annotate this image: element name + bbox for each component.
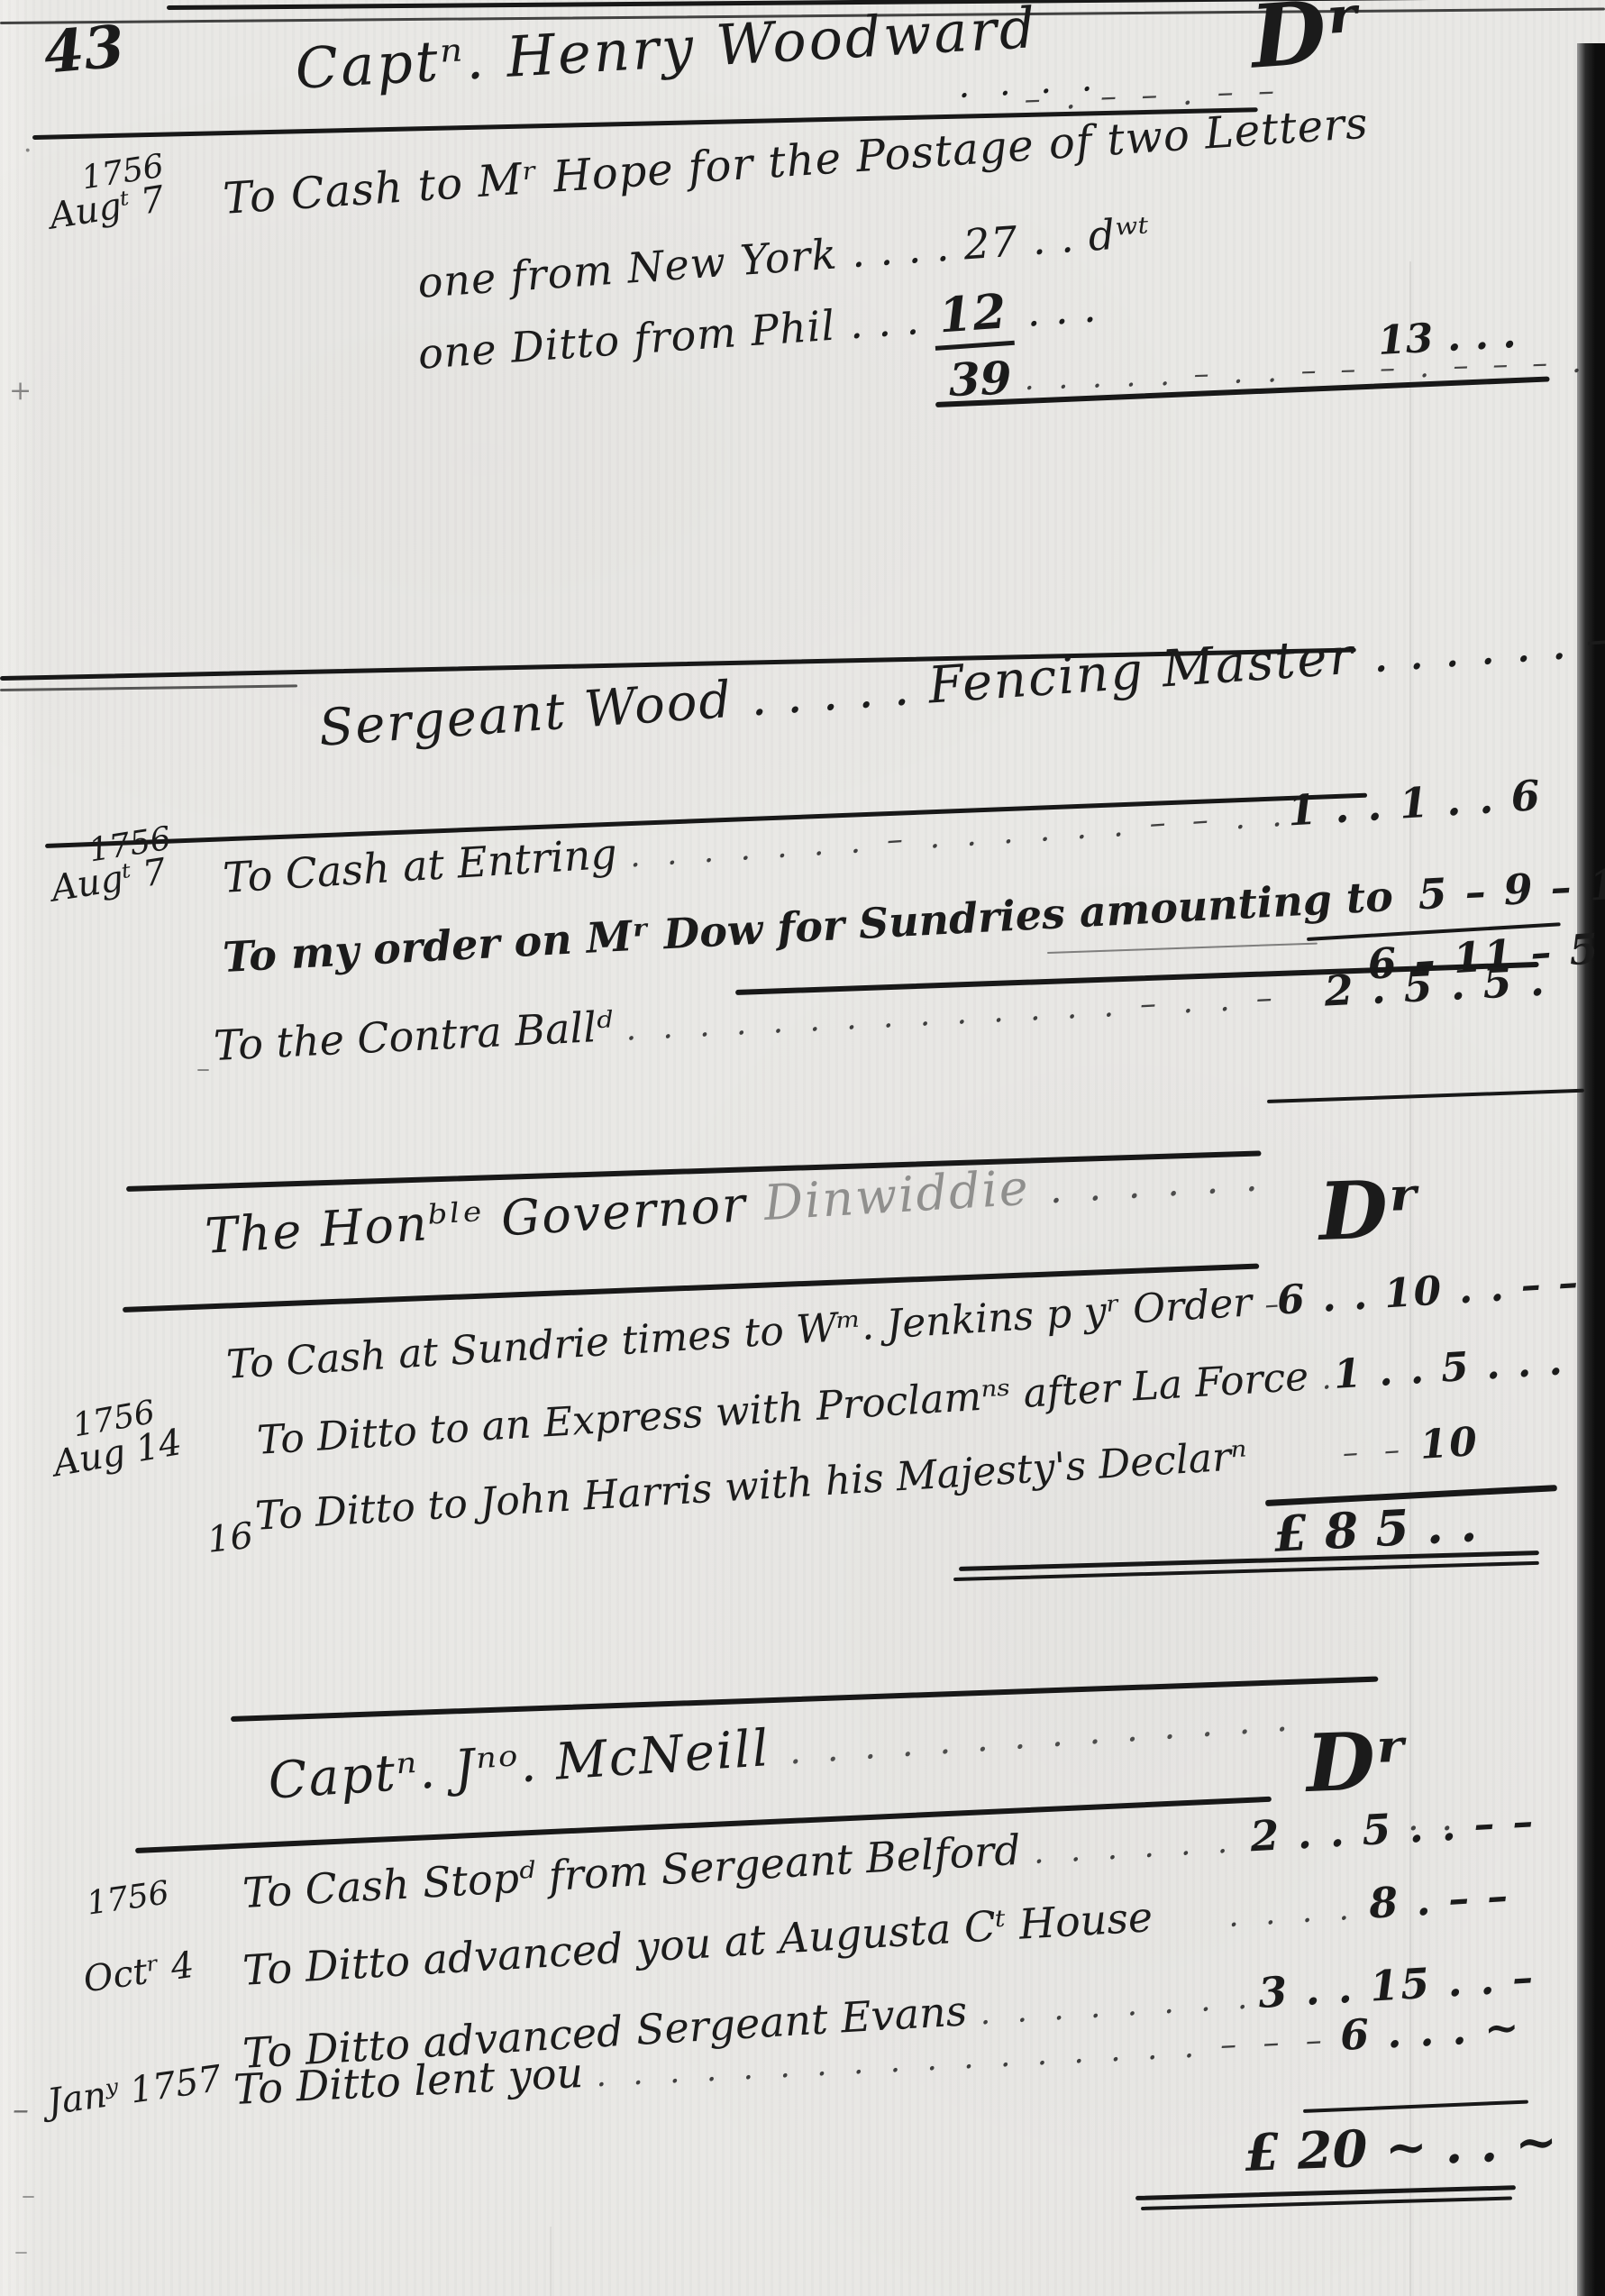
dinwiddie-title-main: The Honᵇˡᵉ Governor bbox=[204, 1175, 766, 1265]
mcneill-title-main: Captⁿ. Jⁿᵒ. McNeill bbox=[267, 1719, 772, 1811]
wood-row-contra-amount: 2 . 5 . 5 . bbox=[1323, 959, 1546, 1013]
stray-mark-dash-2: – bbox=[22, 2180, 35, 2211]
mcneill-title: Captⁿ. Jⁿᵒ. McNeill . . . . . . . . . . … bbox=[267, 1688, 1296, 1808]
wood-title: Sergeant Wood . . . . . Fencing Master .… bbox=[317, 613, 1605, 756]
woodward-line3-label: one Ditto from Phil . . . bbox=[416, 294, 935, 379]
dinwiddie-date-day: Aug 14 bbox=[50, 1423, 185, 1483]
mcneill-dr-flourish: Dʳ bbox=[1305, 1718, 1409, 1805]
mcneill-total: £ 20 ~ . . ~ bbox=[1244, 2116, 1558, 2181]
mcneill-row-belford-leader: . . . . . . . . . – bbox=[1020, 1824, 1252, 1871]
wood-row-entring-label: To Cash at Entring bbox=[222, 832, 618, 901]
woodward-title: Captⁿ. Henry Woodward bbox=[294, 0, 1039, 98]
stray-mark-plus: + bbox=[9, 375, 32, 407]
wood-row-entring-leader: . . . . . . . – . . . . . . – – . . . . … bbox=[616, 799, 1290, 874]
mcneill-date-jan-dash: – bbox=[13, 2093, 29, 2127]
page-number: 43 bbox=[41, 16, 127, 84]
ledger-page: 43 Captⁿ. Henry Woodward . . . . Dʳ – . … bbox=[0, 0, 1605, 2296]
wood-date-day: Augᵗ 7 bbox=[49, 853, 169, 909]
wood-subtotal-rule-faint bbox=[1047, 943, 1318, 954]
woodward-line3-value: 12 bbox=[932, 283, 1015, 351]
dinwiddie-dr-flourish: Dʳ bbox=[1318, 1166, 1422, 1253]
mcneill-row-augusta-amount: 8 . – – bbox=[1368, 1873, 1511, 1925]
dinwiddie-row-harris-amount: 10 bbox=[1418, 1422, 1480, 1467]
dinwiddie-title: The Honᵇˡᵉ Governor Dinwiddie . . . . . … bbox=[204, 1148, 1266, 1262]
mcneill-row-lent-amount: 6 . . . ~ bbox=[1339, 2005, 1522, 2057]
dinwiddie-row-express-leader: . . . bbox=[1308, 1362, 1335, 1396]
stray-mark-dash-1: – bbox=[196, 1053, 210, 1084]
dinwiddie-date-day2: 16 bbox=[205, 1517, 255, 1560]
scan-crease bbox=[550, 2227, 552, 2296]
dinwiddie-row-jenkins-amount: 6 . . 10 . . – – bbox=[1276, 1262, 1582, 1322]
stray-mark-dash-3: – bbox=[14, 2236, 28, 2267]
mcneill-six-rule bbox=[1303, 2100, 1528, 2113]
dinwiddie-total-rule-a bbox=[959, 1550, 1539, 1571]
woodward-amount: 13 . . . bbox=[1377, 314, 1517, 362]
wood-contra-rule bbox=[1267, 1089, 1584, 1103]
woodward-line3-tail: . . . bbox=[1010, 282, 1098, 336]
page-edge-bar bbox=[1577, 43, 1605, 2296]
woodward-dr-flourish: Dʳ bbox=[1248, 0, 1365, 84]
wood-row-contra: To the Contra Ballᵈ . . . . . . . . . . … bbox=[213, 959, 1547, 1068]
mcneill-date-oct: Octʳ 4 bbox=[81, 1946, 196, 1999]
wood-row-order-amount: 5 – 9 – 11 bbox=[1417, 861, 1605, 917]
section-divider-1b bbox=[0, 684, 297, 691]
woodward-date-day: Augᵗ 7 bbox=[47, 180, 167, 236]
dinwiddie-row-harris-leader: – – bbox=[1246, 1432, 1421, 1476]
mcneill-row-belford-amount: 2 . . 5 . . – – bbox=[1249, 1799, 1536, 1859]
wood-row-entring-amount: 1 . . 1 . . 6 bbox=[1286, 773, 1543, 833]
mcneill-row-augusta-leader: . . . . bbox=[1152, 1891, 1371, 1938]
woodward-sum: 39 bbox=[948, 355, 1012, 405]
wood-row-order-leader bbox=[1393, 909, 1418, 910]
mcneill-date-year: 1756 bbox=[85, 1876, 171, 1921]
dinwiddie-row-express-amount: 1 . . 5 . . . bbox=[1333, 1340, 1565, 1396]
wood-row-contra-label: To the Contra Ballᵈ bbox=[213, 1004, 614, 1067]
stray-mark-dot: · bbox=[23, 135, 32, 167]
dinwiddie-total: £ 8 5 . . bbox=[1272, 1498, 1478, 1560]
dinwiddie-row-jenkins-leader: – – bbox=[1251, 1288, 1278, 1322]
mcneill-date-jan: Janʸ 1757 bbox=[45, 2060, 223, 2122]
mcneill-title-leader: . . . . . . . . . . . . . . bbox=[769, 1697, 1296, 1774]
wood-row-contra-leader: . . . . . . . . . . . . . . – . . – bbox=[612, 979, 1325, 1047]
dinwiddie-title-leader: . . . . . . bbox=[1028, 1155, 1265, 1213]
